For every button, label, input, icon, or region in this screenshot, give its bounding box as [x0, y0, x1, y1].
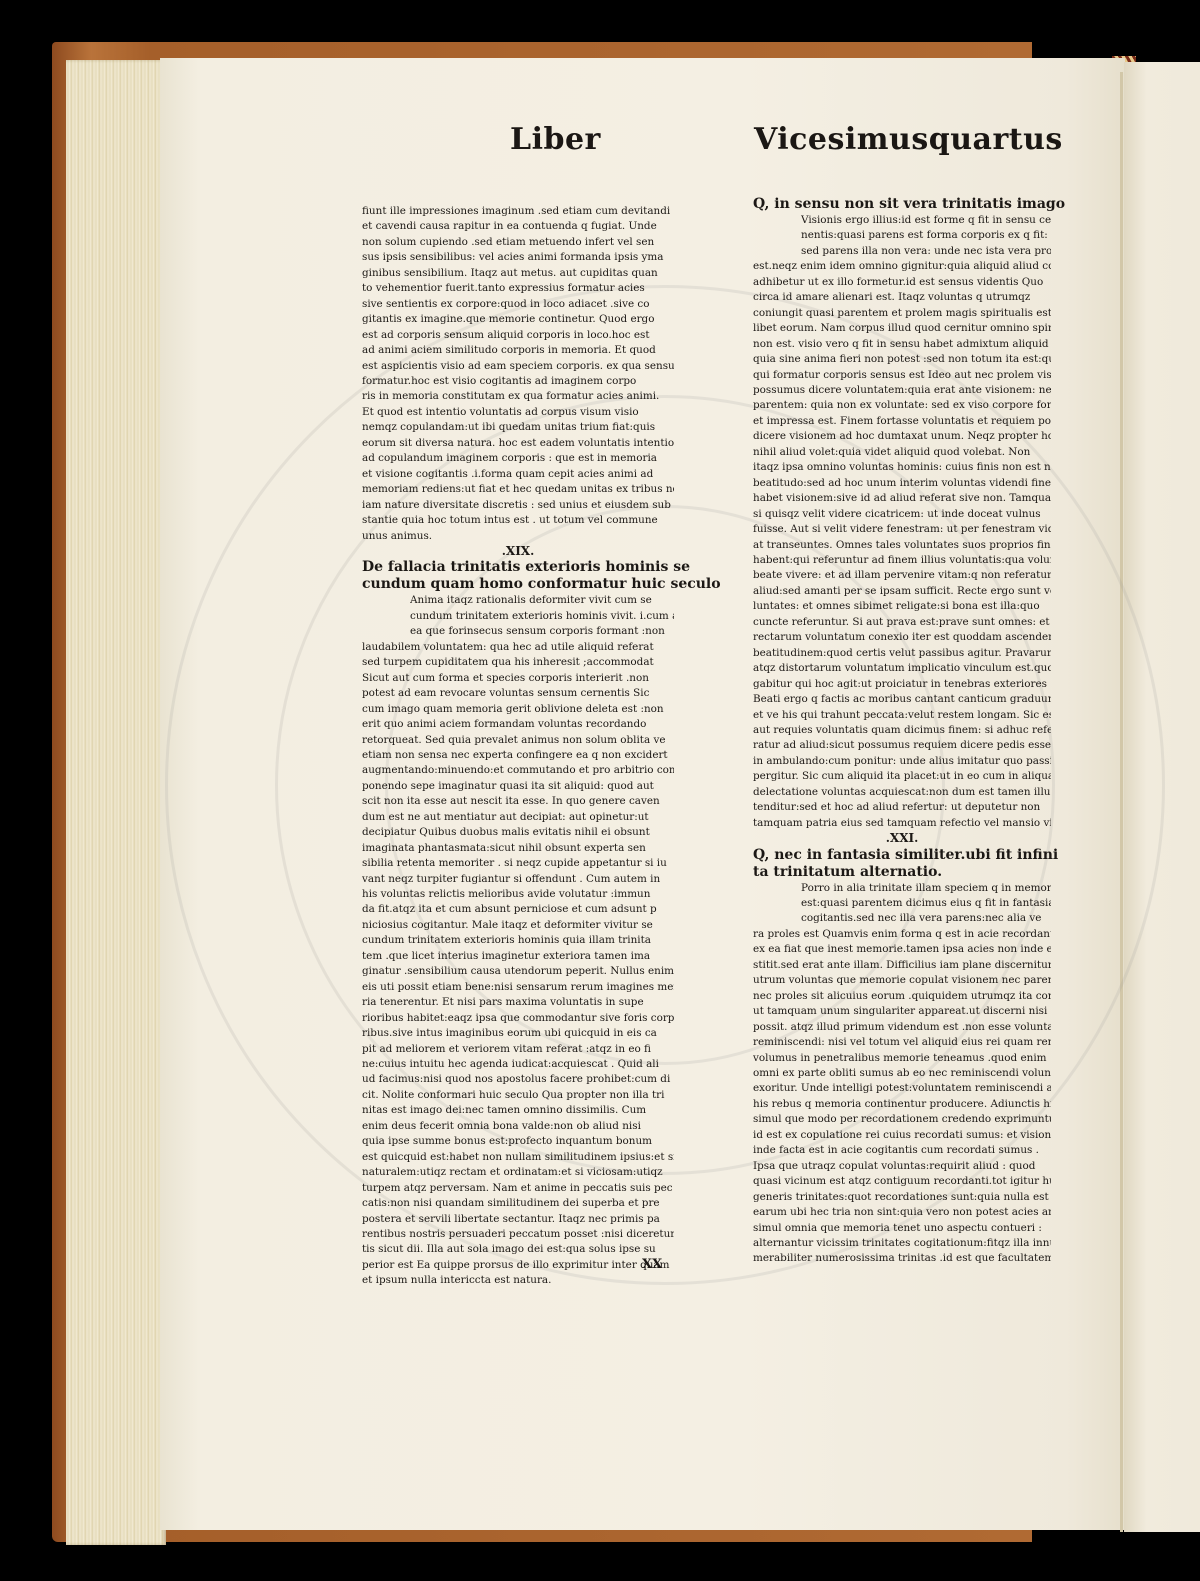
chapter-heading-xix: De fallacia trinitatis exterioris homini… [362, 559, 674, 593]
text-line: ratur ad aliud:sicut possumus requiem di… [753, 738, 1051, 753]
text-line: ud facimus:nisi quod nos apostolus facer… [362, 1072, 674, 1087]
text-line: gabitur qui hoc agit:ut proiciatur in te… [753, 677, 1051, 692]
heading-line: ta trinitatum alternatio. [753, 864, 1051, 881]
text-line: potest ad eam revocare voluntas sensum c… [362, 686, 674, 701]
text-line: formatur.hoc est visio cogitantis ad ima… [362, 374, 674, 389]
text-line: utrum voluntas que memorie copulat visio… [753, 973, 1051, 988]
text-line: beatitudo:sed ad hoc unum interim volunt… [753, 476, 1051, 491]
text-line: rentibus nostris persuaderi peccatum pos… [362, 1227, 674, 1242]
text-line: scit non ita esse aut nescit ita esse. I… [362, 794, 674, 809]
text-line: unus animus. [362, 529, 674, 544]
text-line: ne:cuius intuitu hec agenda iudicat:acqu… [362, 1057, 674, 1072]
text-line: id est ex copulatione rei cuius recordat… [753, 1128, 1051, 1143]
text-line: habet visionem:sive id ad aliud referat … [753, 491, 1051, 506]
text-line: nemqz copulandam:ut ibi quedam unitas tr… [362, 420, 674, 435]
text-line: niciosius cogitantur. Male itaqz et defo… [362, 918, 674, 933]
left-indented-xix: Anima itaqz rationalis deformiter vivit … [362, 593, 674, 639]
text-line: retorqueat. Sed quia prevalet animus non… [362, 733, 674, 748]
text-line: Ipsa que utraqz copulat voluntas:requiri… [753, 1159, 1051, 1174]
text-line: reminiscendi: nisi vel totum vel aliquid… [753, 1035, 1051, 1050]
text-line: in ambulando:cum ponitur: unde alius imi… [753, 754, 1051, 769]
text-line: Et quod est intentio voluntatis ad corpu… [362, 405, 674, 420]
text-line: perior est Ea quippe prorsus de illo exp… [362, 1258, 674, 1273]
right-body-2: ra proles est Quamvis enim forma q est i… [753, 927, 1051, 1267]
text-line: aliud:sed amanti per se ipsam sufficit. … [753, 584, 1051, 599]
text-line: stitit.sed erat ante illam. Difficilius … [753, 958, 1051, 973]
text-line: sibilia retenta memoriter . si neqz cupi… [362, 856, 674, 871]
text-line: to vehementior fuerit.tanto expressius f… [362, 281, 674, 296]
text-line: non solum cupiendo .sed etiam metuendo i… [362, 235, 674, 250]
text-line: ris in memoria constitutam ex qua format… [362, 389, 674, 404]
text-line: Beati ergo q factis ac moribus cantant c… [753, 692, 1051, 707]
text-line: da fit.atqz ita et cum absunt perniciose… [362, 902, 674, 917]
heading-line: cundum quam homo conformatur huic seculo [362, 576, 674, 593]
text-line: ria tenerentur. Et nisi pars maxima volu… [362, 995, 674, 1010]
recto-page-edge [1124, 62, 1200, 1532]
heading-line: Q, nec in fantasia similiter.ubi fit inf… [753, 847, 1051, 864]
text-line: decipiatur Quibus duobus malis evitatis … [362, 825, 674, 840]
text-line: his voluntas relictis melioribus avide v… [362, 887, 674, 902]
text-line: possumus dicere voluntatem:quia erat ant… [753, 383, 1051, 398]
text-line: quia sine anima fieri non potest :sed no… [753, 352, 1051, 367]
text-line: Visionis ergo illius:id est forme q fit … [801, 213, 1051, 228]
text-line: tamquam patria eius sed tamquam refectio… [753, 816, 1051, 831]
text-line: simul que modo per recordationem credend… [753, 1112, 1051, 1127]
text-line: cuncte referuntur. Si aut prava est:prav… [753, 615, 1051, 630]
text-line: rectarum voluntatum conexio iter est quo… [753, 630, 1051, 645]
text-line: ad animi aciem similitudo corporis in me… [362, 343, 674, 358]
text-line: inde facta est in acie cogitantis cum re… [753, 1143, 1051, 1158]
text-line: ea que forinsecus sensum corporis forman… [410, 624, 674, 639]
text-line: cundum trinitatem exterioris hominis qui… [362, 933, 674, 948]
text-line: eis uti possit etiam bene:nisi sensarum … [362, 980, 674, 995]
text-line: exoritur. Unde intelligi potest:voluntat… [753, 1081, 1051, 1096]
text-line: cum imago quam memoria gerit oblivione d… [362, 702, 674, 717]
text-line: parentem: quia non ex voluntate: sed ex … [753, 398, 1051, 413]
text-line: fuisse. Aut si velit videre fenestram: u… [753, 522, 1051, 537]
text-line: beatitudinem:quod certis velut passibus … [753, 646, 1051, 661]
text-line: merabiliter numerosissima trinitas .id e… [753, 1251, 1051, 1266]
text-line: nentis:quasi parens est forma corporis e… [801, 228, 1051, 243]
text-line: est.neqz enim idem omnino gignitur:quia … [753, 259, 1051, 274]
left-column: fiunt ille impressiones imaginum .sed et… [362, 204, 674, 1289]
text-line: iam nature diversitate discretis : sed u… [362, 498, 674, 513]
running-head-left: Liber [510, 122, 601, 157]
text-line: est:quasi parentem dicimus eius q fit in… [801, 896, 1051, 911]
text-line: rioribus habitet:eaqz ipsa que commodant… [362, 1011, 674, 1026]
text-line: turpem atqz perversam. Nam et anime in p… [362, 1181, 674, 1196]
text-line: Anima itaqz rationalis deformiter vivit … [410, 593, 674, 608]
text-line: memoriam rediens:ut fiat et hec quedam u… [362, 482, 674, 497]
text-line: ginibus sensibilium. Itaqz aut metus. au… [362, 266, 674, 281]
right-indented-xx: Visionis ergo illius:id est forme q fit … [753, 213, 1051, 259]
text-line: ponendo sepe imaginatur quasi ita sit al… [362, 779, 674, 794]
text-line: ribus.sive intus imaginibus eorum ubi qu… [362, 1026, 674, 1041]
text-line: adhibetur ut ex illo formetur.id est sen… [753, 275, 1051, 290]
text-line: gitantis ex imagine.que memorie continet… [362, 312, 674, 327]
text-line: ginatur .sensibilium causa utendorum pep… [362, 964, 674, 979]
text-line: alternantur vicissim trinitates cogitati… [753, 1236, 1051, 1251]
text-line: eorum sit diversa natura. hoc est eadem … [362, 436, 674, 451]
right-indented-xxi: Porro in alia trinitate illam speciem q … [753, 881, 1051, 927]
chapter-number-xxi: .XXI. [753, 831, 1051, 846]
text-line: nec proles sit alicuius eorum .quiquidem… [753, 989, 1051, 1004]
text-line: sus ipsis sensibilibus: vel acies animi … [362, 250, 674, 265]
text-line: habent:qui referuntur ad finem illius vo… [753, 553, 1051, 568]
text-line: et visione cogitantis .i.forma quam cepi… [362, 467, 674, 482]
signature-mark: XX [642, 1257, 662, 1272]
heading-line: De fallacia trinitatis exterioris homini… [362, 559, 674, 576]
chapter-number-xix: .XIX. [362, 544, 674, 559]
text-line: non est. visio vero q fit in sensu habet… [753, 337, 1051, 352]
text-line: et cavendi causa rapitur in ea contuenda… [362, 219, 674, 234]
text-line: coniungit quasi parentem et prolem magis… [753, 306, 1051, 321]
text-line: circa id amare alienari est. Itaqz volun… [753, 290, 1051, 305]
text-line: at transeuntes. Omnes tales voluntates s… [753, 538, 1051, 553]
text-line: est aspicientis visio ad eam speciem cor… [362, 359, 674, 374]
text-line: qui formatur corporis sensus est Ideo au… [753, 368, 1051, 383]
text-line: luntates: et omnes sibimet religate:si b… [753, 599, 1051, 614]
text-line: omni ex parte obliti sumus ab eo nec rem… [753, 1066, 1051, 1081]
running-head-right: Vicesimusquartus [754, 122, 1063, 157]
gutter [1120, 72, 1123, 1532]
text-line: possit. atqz illud primum videndum est .… [753, 1020, 1051, 1035]
text-line: nitas est imago dei:nec tamen omnino dis… [362, 1103, 674, 1118]
text-line: generis trinitates:quot recordationes su… [753, 1190, 1051, 1205]
text-line: et ipsum nulla intericcta est natura. [362, 1273, 674, 1288]
text-line: ra proles est Quamvis enim forma q est i… [753, 927, 1051, 942]
text-line: augmentando:minuendo:et commutando et pr… [362, 763, 674, 778]
text-line: ut tamquam unum singulariter appareat.ut… [753, 1004, 1051, 1019]
text-line: pit ad meliorem et veriorem vitam refera… [362, 1042, 674, 1057]
text-line: delectatione voluntas acquiescat:non dum… [753, 785, 1051, 800]
text-line: aut requies voluntatis quam dicimus fine… [753, 723, 1051, 738]
text-line: ad copulandum imaginem corporis : que es… [362, 451, 674, 466]
text-line: ex ea fiat que inest memorie.tamen ipsa … [753, 942, 1051, 957]
left-body-2: laudabilem voluntatem: qua hec ad utile … [362, 640, 674, 1289]
text-line: nihil aliud volet:quia videt aliquid quo… [753, 445, 1051, 460]
text-line: laudabilem voluntatem: qua hec ad utile … [362, 640, 674, 655]
text-line: beate vivere: et ad illam pervenire vita… [753, 568, 1051, 583]
text-line: dicere visionem ad hoc dumtaxat unum. Ne… [753, 429, 1051, 444]
text-line: fiunt ille impressiones imaginum .sed et… [362, 204, 674, 219]
text-line: quia ipse summe bonus est:profecto inqua… [362, 1134, 674, 1149]
text-line: catis:non nisi quandam similitudinem dei… [362, 1196, 674, 1211]
text-line: earum ubi hec tria non sint:quia vero no… [753, 1205, 1051, 1220]
text-line: Porro in alia trinitate illam speciem q … [801, 881, 1051, 896]
left-body-1: fiunt ille impressiones imaginum .sed et… [362, 204, 674, 544]
text-line: est ad corporis sensum aliquid corporis … [362, 328, 674, 343]
text-line: itaqz ipsa omnino voluntas hominis: cuiu… [753, 460, 1051, 475]
right-body-1: est.neqz enim idem omnino gignitur:quia … [753, 259, 1051, 831]
text-line: tem .que licet interius imaginetur exter… [362, 949, 674, 964]
text-line: tenditur:sed et hoc ad aliud refertur: u… [753, 800, 1051, 815]
text-line: et impressa est. Finem fortasse voluntat… [753, 414, 1051, 429]
text-line: quasi vicinum est atqz contiguum recorda… [753, 1174, 1051, 1189]
text-line: postera et servili libertate sectantur. … [362, 1212, 674, 1227]
text-line: vant neqz turpiter fugiantur si offendun… [362, 872, 674, 887]
text-line: cundum trinitatem exterioris hominis viv… [410, 609, 674, 624]
text-line: sive sentientis ex corpore:quod in loco … [362, 297, 674, 312]
text-line: Sicut aut cum forma et species corporis … [362, 671, 674, 686]
text-line: simul omnia que memoria tenet uno aspect… [753, 1221, 1051, 1236]
text-line: imaginata phantasmata:sicut nihil obsunt… [362, 841, 674, 856]
text-line: enim deus fecerit omnia bona valde:non o… [362, 1119, 674, 1134]
text-line: tis sicut dii. Illa aut sola imago dei e… [362, 1242, 674, 1257]
text-line: stantie quia hoc totum intus est . ut to… [362, 513, 674, 528]
text-line: cit. Nolite conformari huic seculo Qua p… [362, 1088, 674, 1103]
text-line: erit quo animi aciem formandam voluntas … [362, 717, 674, 732]
text-line: naturalem:utiqz rectam et ordinatam:et s… [362, 1165, 674, 1180]
text-line: volumus in penetralibus memorie teneamus… [753, 1051, 1051, 1066]
text-line: sed turpem cupiditatem qua his inheresit… [362, 655, 674, 670]
text-line: et ve his qui trahunt peccata:velut rest… [753, 708, 1051, 723]
chapter-heading-xxi: Q, nec in fantasia similiter.ubi fit inf… [753, 847, 1051, 881]
text-line: cogitantis.sed nec illa vera parens:nec … [801, 911, 1051, 926]
text-line: libet eorum. Nam corpus illud quod cerni… [753, 321, 1051, 336]
text-line: his rebus q memoria continentur producer… [753, 1097, 1051, 1112]
text-line: etiam non sensa nec experta confingere e… [362, 748, 674, 763]
right-column: Q, in sensu non sit vera trinitatis imag… [753, 196, 1051, 1267]
text-line: pergitur. Sic cum aliquid ita placet:ut … [753, 769, 1051, 784]
text-line: si quisqz velit videre cicatricem: ut in… [753, 507, 1051, 522]
text-line: atqz distortarum voluntatum implicatio v… [753, 661, 1051, 676]
page-edges [66, 60, 166, 1545]
chapter-heading-xx: Q, in sensu non sit vera trinitatis imag… [753, 196, 1051, 213]
text-line: dum est ne aut mentiatur aut decipiat: a… [362, 810, 674, 825]
text-line: est quicquid est:habet non nullam simili… [362, 1150, 674, 1165]
text-line: sed parens illa non vera: unde nec ista … [801, 244, 1051, 259]
